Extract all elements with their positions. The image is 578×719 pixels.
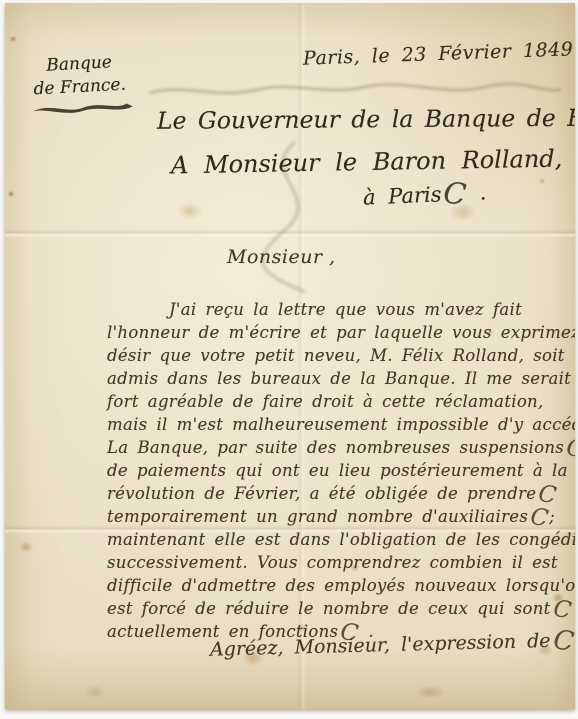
- letter-body-line: J'ai reçu la lettre que vous m'avez fait…: [107, 298, 575, 321]
- paraph-flourish-icon: C: [567, 448, 575, 451]
- line-semicolon: ;: [549, 507, 555, 526]
- sender-line: Le Gouverneur de la Banque de France,: [157, 103, 575, 134]
- recipient-city-text: à Paris: [363, 182, 442, 209]
- ink-bleedthrough-icon: [145, 77, 565, 105]
- letter-body-line-text: maintenant elle est dans l'obligation de…: [107, 530, 575, 549]
- letter-body-line: révolution de Février, a été obligée de …: [107, 482, 575, 505]
- paraph-flourish-icon: C: [444, 192, 466, 195]
- letter-body-line-text: difficile d'admettre des employés nouvea…: [107, 576, 575, 595]
- letter-body-line: est forcé de réduire le nombre de ceux q…: [107, 597, 575, 620]
- letter-body-line: l'honneur de m'écrire et par laquelle vo…: [107, 321, 575, 344]
- recipient-line: A Monsieur le Baron Rolland,: [171, 145, 563, 180]
- scan-background: Banque de France. Paris, le 23 Février 1…: [0, 0, 578, 719]
- letter-paper: Banque de France. Paris, le 23 Février 1…: [5, 3, 575, 709]
- paraph-flourish-icon: C: [553, 609, 571, 612]
- letter-body-line-text: admis dans les bureaux de la Banque. Il …: [107, 369, 571, 388]
- salutation: Monsieur ,: [227, 246, 336, 268]
- letterhead-line2: de France.: [33, 74, 126, 102]
- letter-body-line: admis dans les bureaux de la Banque. Il …: [107, 367, 575, 390]
- letter-body-line: difficile d'admettre des employés nouvea…: [107, 574, 575, 597]
- letter-body-line-text: mais il m'est malheureusement impossible…: [107, 415, 575, 434]
- letter-body-line: maintenant elle est dans l'obligation de…: [107, 528, 575, 551]
- letter-body-line: fort agréable de faire droit à cette réc…: [107, 390, 575, 413]
- letter-body-line: mais il m'est malheureusement impossible…: [107, 413, 575, 436]
- letter-body-line-text: est forcé de réduire le nombre de ceux q…: [107, 599, 551, 618]
- letter-body-line-text: de paiements qui ont eu lieu postérieure…: [107, 461, 568, 480]
- letterhead: Banque de France.: [32, 51, 127, 102]
- letter-body-line: désir que votre petit neveu, M. Félix Ro…: [107, 344, 575, 367]
- paraph-flourish-icon: C: [539, 494, 557, 497]
- letter-body-line-text: La Banque, par suite des nombreuses susp…: [107, 438, 564, 457]
- letter-body-line: de paiements qui ont eu lieu postérieure…: [107, 459, 575, 482]
- end-period: .: [466, 180, 486, 205]
- letter-body-line: La Banque, par suite des nombreuses susp…: [107, 436, 575, 459]
- letter-body: J'ai reçu la lettre que vous m'avez fait…: [107, 298, 575, 643]
- fold-crease-upper: [5, 229, 575, 238]
- letter-body-line-text: J'ai reçu la lettre que vous m'avez fait: [169, 300, 522, 319]
- letter-body-line-text: désir que votre petit neveu, M. Félix Ro…: [107, 346, 565, 365]
- letter-body-line-text: successivement. Vous comprendrez combien…: [107, 553, 558, 572]
- letter-body-line-text: révolution de Février, a été obligée de …: [107, 484, 536, 503]
- dateline: Paris, le 23 Février 1849: [303, 38, 574, 69]
- paraph-flourish-icon: C: [531, 517, 549, 520]
- paraph-flourish-icon: C: [553, 640, 573, 643]
- letter-body-line-text: temporairement un grand nombre d'auxilia…: [107, 507, 528, 526]
- letter-body-line-text: fort agréable de faire droit à cette réc…: [107, 392, 544, 411]
- letter-body-line: successivement. Vous comprendrez combien…: [107, 551, 575, 574]
- letter-body-line: temporairement un grand nombre d'auxilia…: [107, 505, 575, 528]
- letter-body-line-text: l'honneur de m'écrire et par laquelle vo…: [107, 323, 575, 342]
- paraph-flourish-icon: C: [525, 305, 575, 318]
- recipient-city: à ParisC .: [363, 180, 487, 209]
